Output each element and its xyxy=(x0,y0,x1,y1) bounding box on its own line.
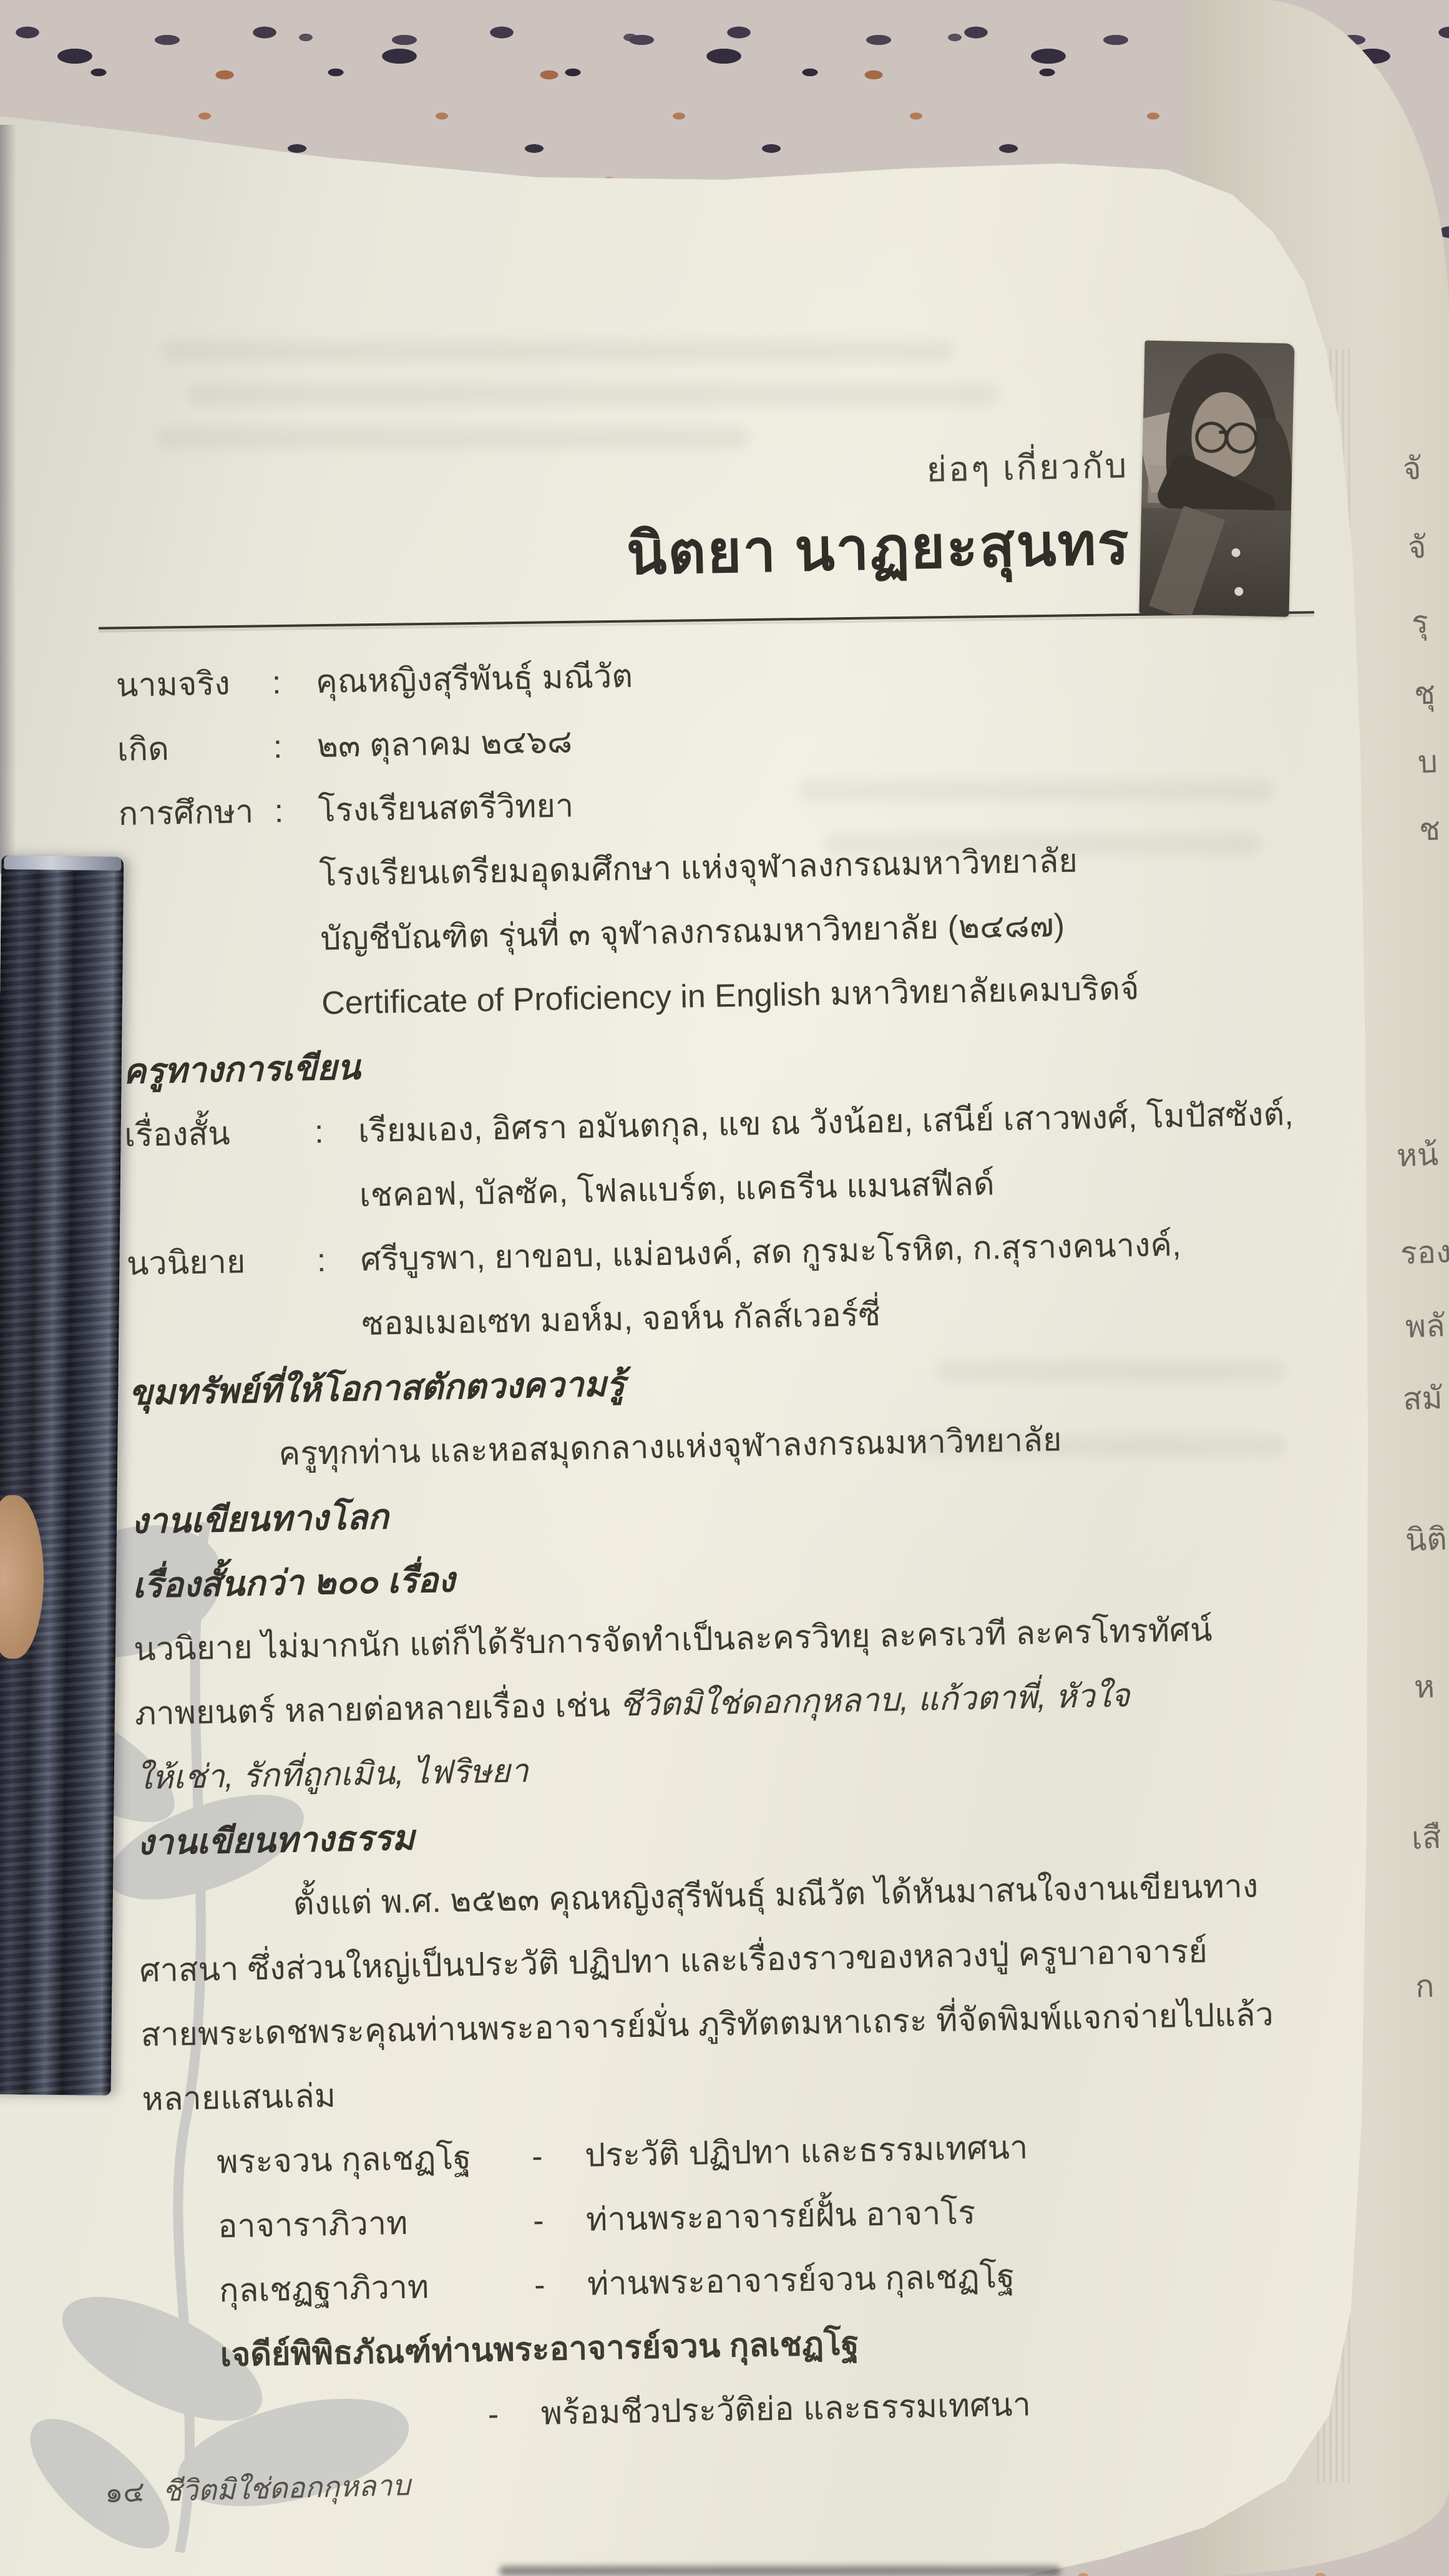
work-description: พร้อมชีวประวัติย่อ และธรรมเทศนา xyxy=(540,2373,1032,2446)
info-value: โรงเรียนสตรีวิทยา xyxy=(318,774,574,843)
facing-page-text-fragment: พลั xyxy=(1405,1301,1446,1352)
work-dash: - xyxy=(534,2253,588,2318)
facing-page-text-fragment: รุ xyxy=(1411,598,1430,648)
biography-content: นามจริง : คุณหญิงสุรีพันธุ์ มณีวัต เกิด … xyxy=(115,632,1372,2453)
teachers-separator: : xyxy=(316,1228,361,1293)
info-value: คุณหญิงสุรีพันธุ์ มณีวัต xyxy=(315,645,633,715)
facing-page-text-fragment: เสื xyxy=(1411,1813,1442,1863)
facing-page-text-fragment: จั xyxy=(1402,444,1422,494)
page-footer: ๑๔ชีวิตมิใช่ดอกกุหลาบ xyxy=(104,2462,411,2515)
info-separator: : xyxy=(271,650,316,715)
page-top-shadow xyxy=(0,112,1373,168)
bleedthrough-text xyxy=(162,340,955,363)
facing-page-text-fragment: รอง xyxy=(1400,1227,1449,1279)
info-value: ๒๓ ตุลาคม ๒๔๖๘ xyxy=(316,710,573,779)
facing-page-text-fragment: จั xyxy=(1407,523,1427,573)
portrait-glasses-bridge xyxy=(1219,431,1228,434)
info-label: การศึกษา xyxy=(118,779,275,847)
facing-page-text-fragment: สมั xyxy=(1402,1373,1443,1424)
work-term: พระจวน กุลเชฏโฐ xyxy=(216,2125,532,2195)
info-label: เกิด xyxy=(117,715,274,783)
photo-of-open-book: { "page": { "header": { "pre_title": "ย่… xyxy=(0,0,1449,2576)
page-bottom-shadow xyxy=(499,2566,1061,2576)
teachers-separator: : xyxy=(314,1100,359,1164)
author-portrait-photo xyxy=(1139,341,1294,617)
facing-page-text-fragment: หน้ xyxy=(1396,1130,1440,1181)
work-term: กุลเชฏฐาภิวาท xyxy=(218,2253,535,2323)
facing-page-text-fragment: ชุ xyxy=(1413,668,1437,718)
metal-ruler xyxy=(0,856,124,2095)
author-name-title: นิตยา นาฏยะสุนทร xyxy=(349,497,1131,606)
work-description: ท่านพระอาจารย์ฝั้น อาจาโร xyxy=(585,2181,976,2252)
teachers-label: นวนิยาย xyxy=(126,1229,318,1297)
page-edge-shadow xyxy=(0,125,16,874)
work-dash: - xyxy=(487,2382,542,2447)
work-description: ประวัติ ปฏิปทา และธรรมเทศนา xyxy=(584,2116,1028,2188)
facing-page-text-fragment: ก xyxy=(1415,1961,1435,2011)
info-separator: : xyxy=(274,779,319,844)
work-dash: - xyxy=(532,2188,587,2254)
facing-page-text-fragment: ห xyxy=(1413,1662,1436,1712)
novel-paragraph-plain: ภาพยนตร์ หลายต่อหลายเรื่อง เช่น xyxy=(135,1687,620,1732)
facing-page-text-fragment: บ xyxy=(1417,737,1438,787)
page-header: ย่อๆ เกี่ยวกับ นิตยา นาฏยะสุนทร xyxy=(348,439,1131,606)
bleedthrough-text xyxy=(156,427,749,449)
page-number: ๑๔ xyxy=(104,2475,145,2509)
book-title: ชีวิตมิใช่ดอกกุหลาบ xyxy=(162,2469,411,2507)
facing-page-text-fragment: นิติ xyxy=(1405,1515,1448,1565)
work-dash: - xyxy=(531,2124,585,2190)
facing-page-text-fragment: ช xyxy=(1418,804,1442,854)
work-term: อาจาราภิวาท xyxy=(217,2189,534,2259)
header-rule xyxy=(99,611,1314,629)
work-description: ท่านพระอาจารย์จวน กุลเชฏโฐ xyxy=(587,2245,1015,2317)
info-label: นามจริง xyxy=(115,651,273,718)
teachers-label: เรื่องสั้น xyxy=(124,1100,315,1168)
novel-titles-italic: ชีวิตมิใช่ดอกกุหลาบ, แก้วตาพี่, หัวใจ xyxy=(619,1678,1130,1724)
info-separator: : xyxy=(273,715,318,779)
bleedthrough-text xyxy=(187,383,998,406)
